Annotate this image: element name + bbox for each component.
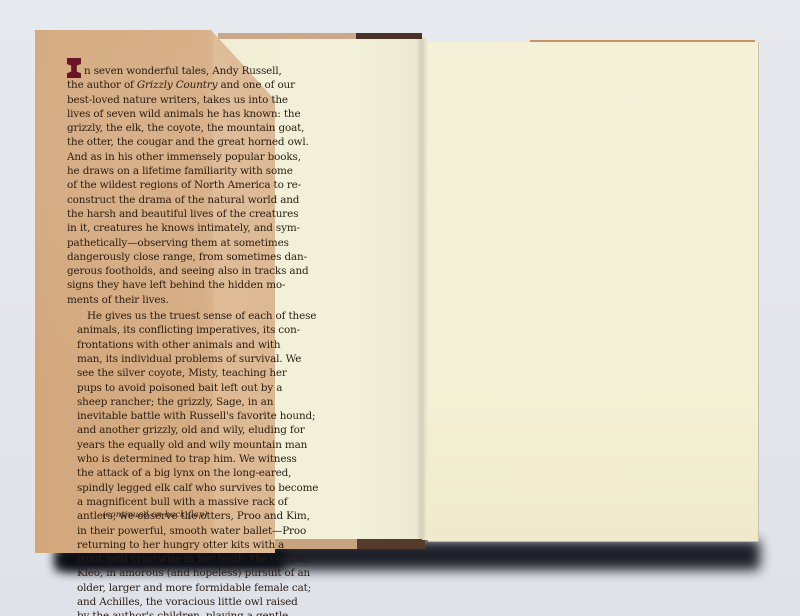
blurb-line: spindly legged elk calf who survives to … — [67, 481, 273, 495]
continued-note: (continued on back flap) — [35, 510, 275, 520]
blurb-line: pups to avoid poisoned bait left out by … — [67, 381, 273, 395]
blurb-line: the attack of a big lynx on the long-ear… — [67, 466, 273, 480]
book-title-grizzly-country: Grizzly Country — [137, 79, 217, 91]
blurb-line: a magnificent bull with a massive rack o… — [67, 495, 273, 509]
blurb-paragraph-2: He gives us the truest sense of each of … — [67, 309, 273, 616]
blurb-line: n seven wonderful tales, Andy Russell, — [67, 58, 273, 78]
blurb-line: dangerously close range, from sometimes … — [67, 250, 273, 264]
free-endpaper-page — [428, 42, 759, 542]
front-board-edge-bottom — [272, 539, 357, 549]
blurb-paragraph-1: n seven wonderful tales, Andy Russell, t… — [67, 58, 273, 307]
flap-blurb: n seven wonderful tales, Andy Russell, t… — [67, 58, 273, 616]
blurb-line: gerous footholds, and seeing also in tra… — [67, 264, 273, 278]
blurb-line: inevitable battle with Russell's favorit… — [67, 409, 273, 423]
blurb-line: frontations with other animals and with — [67, 338, 273, 352]
blurb-line: and Achilles, the voracious little owl r… — [67, 595, 273, 609]
blurb-line: the harsh and beautiful lives of the cre… — [67, 207, 273, 221]
blurb-line: man, its individual problems of survival… — [67, 352, 273, 366]
blurb-line: best-loved nature writers, takes us into… — [67, 93, 273, 107]
blurb-line: of the wildest regions of North America … — [67, 178, 273, 192]
blurb-line: the otter, the cougar and the great horn… — [67, 135, 273, 149]
blurb-line: see the silver coyote, Misty, teaching h… — [67, 366, 273, 380]
blurb-line: trout held crosswise in her teeth; the c… — [67, 552, 273, 566]
blurb-line: in it, creatures he knows intimately, an… — [67, 221, 273, 235]
blurb-line: in their powerful, smooth water ballet—P… — [67, 524, 273, 538]
blurb-line: And as in his other immensely popular bo… — [67, 150, 273, 164]
blurb-line: the author of Grizzly Country and one of… — [67, 78, 273, 92]
blurb-line: years the equally old and wily mountain … — [67, 438, 273, 452]
blurb-line: Kleo, in amorous (and hopeless) pursuit … — [67, 566, 273, 580]
blurb-line: returning to her hungry otter kits with … — [67, 538, 273, 552]
blurb-line: construct the drama of the natural world… — [67, 193, 273, 207]
blurb-line: ments of their lives. — [67, 293, 273, 307]
blurb-line: animals, its conflicting imperatives, it… — [67, 323, 273, 337]
blurb-line: he draws on a lifetime familiarity with … — [67, 164, 273, 178]
spine-edge-bottom — [357, 539, 425, 549]
blurb-line: sheep rancher; the grizzly, Sage, in an — [67, 395, 273, 409]
blurb-line: grizzly, the elk, the coyote, the mounta… — [67, 121, 273, 135]
blurb-line: signs they have left behind the hidden m… — [67, 278, 273, 292]
blurb-line: lives of seven wild animals he has known… — [67, 107, 273, 121]
blurb-line: who is determined to trap him. We witnes… — [67, 452, 273, 466]
blurb-line: older, larger and more formidable female… — [67, 581, 273, 595]
blurb-line: by the author's children, playing a gent… — [67, 609, 273, 616]
blurb-line: pathetically—observing them at sometimes — [67, 236, 273, 250]
blurb-line: and another grizzly, old and wily, eludi… — [67, 423, 273, 437]
blurb-line: He gives us the truest sense of each of … — [67, 309, 273, 323]
